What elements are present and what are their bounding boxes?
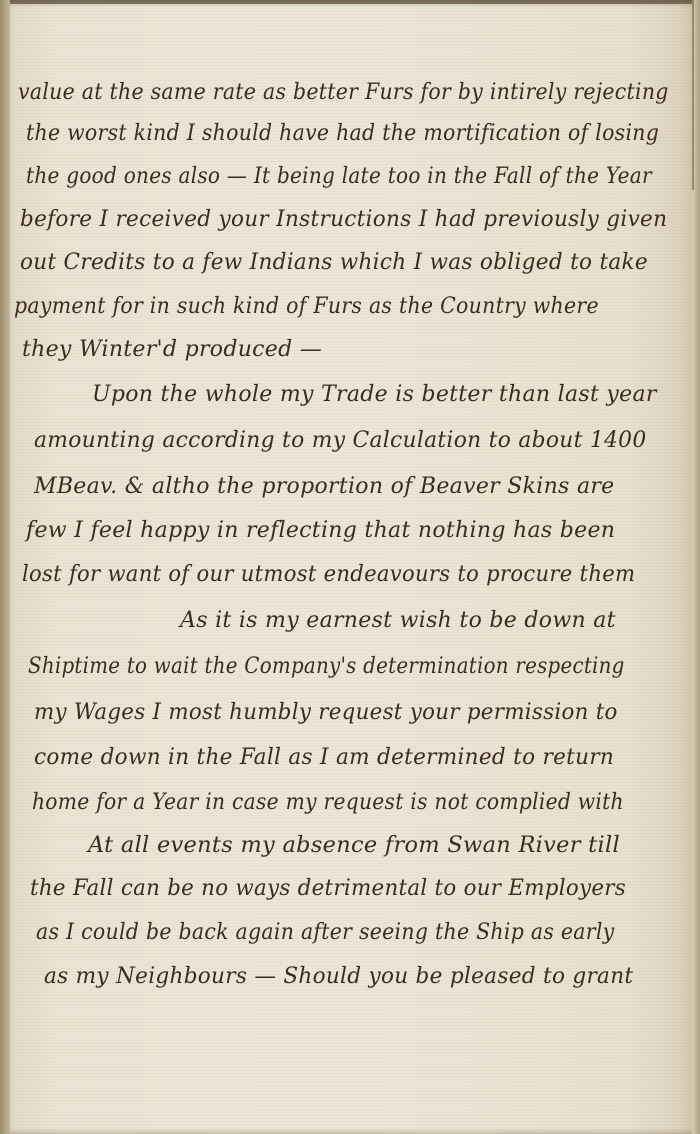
text-line: home for a Year in case my request is no… (32, 790, 624, 815)
text-line: they Winter'd produced — (22, 337, 322, 362)
text-line: amounting according to my Calculation to… (34, 428, 646, 453)
text-line: lost for want of our utmost endeavours t… (22, 562, 635, 587)
text-line: payment for in such kind of Furs as the … (14, 294, 599, 319)
text-line: before I received your Instructions I ha… (20, 207, 667, 232)
text-line: the Fall can be no ways detrimental to o… (30, 876, 626, 901)
text-line: As it is my earnest wish to be down at (180, 608, 616, 633)
text-line: few I feel happy in reflecting that noth… (26, 518, 615, 543)
text-line: as my Neighbours — Should you be pleased… (44, 964, 633, 989)
text-line: my Wages I most humbly request your perm… (34, 700, 618, 725)
text-line: as I could be back again after seeing th… (36, 920, 614, 945)
text-line: Upon the whole my Trade is better than l… (92, 382, 657, 407)
text-line: Shiptime to wait the Company's determina… (28, 654, 625, 679)
handwritten-text: value at the same rate as better Furs fo… (0, 0, 700, 1134)
text-line: the good ones also — It being late too i… (26, 164, 652, 189)
text-line: value at the same rate as better Furs fo… (18, 80, 669, 105)
manuscript-page: value at the same rate as better Furs fo… (0, 0, 700, 1134)
text-line: come down in the Fall as I am determined… (34, 745, 614, 770)
text-line: the worst kind I should have had the mor… (26, 121, 659, 146)
text-line: MBeav. & altho the proportion of Beaver … (34, 474, 615, 499)
text-line: out Credits to a few Indians which I was… (20, 250, 648, 275)
text-line: At all events my absence from Swan River… (88, 833, 620, 858)
